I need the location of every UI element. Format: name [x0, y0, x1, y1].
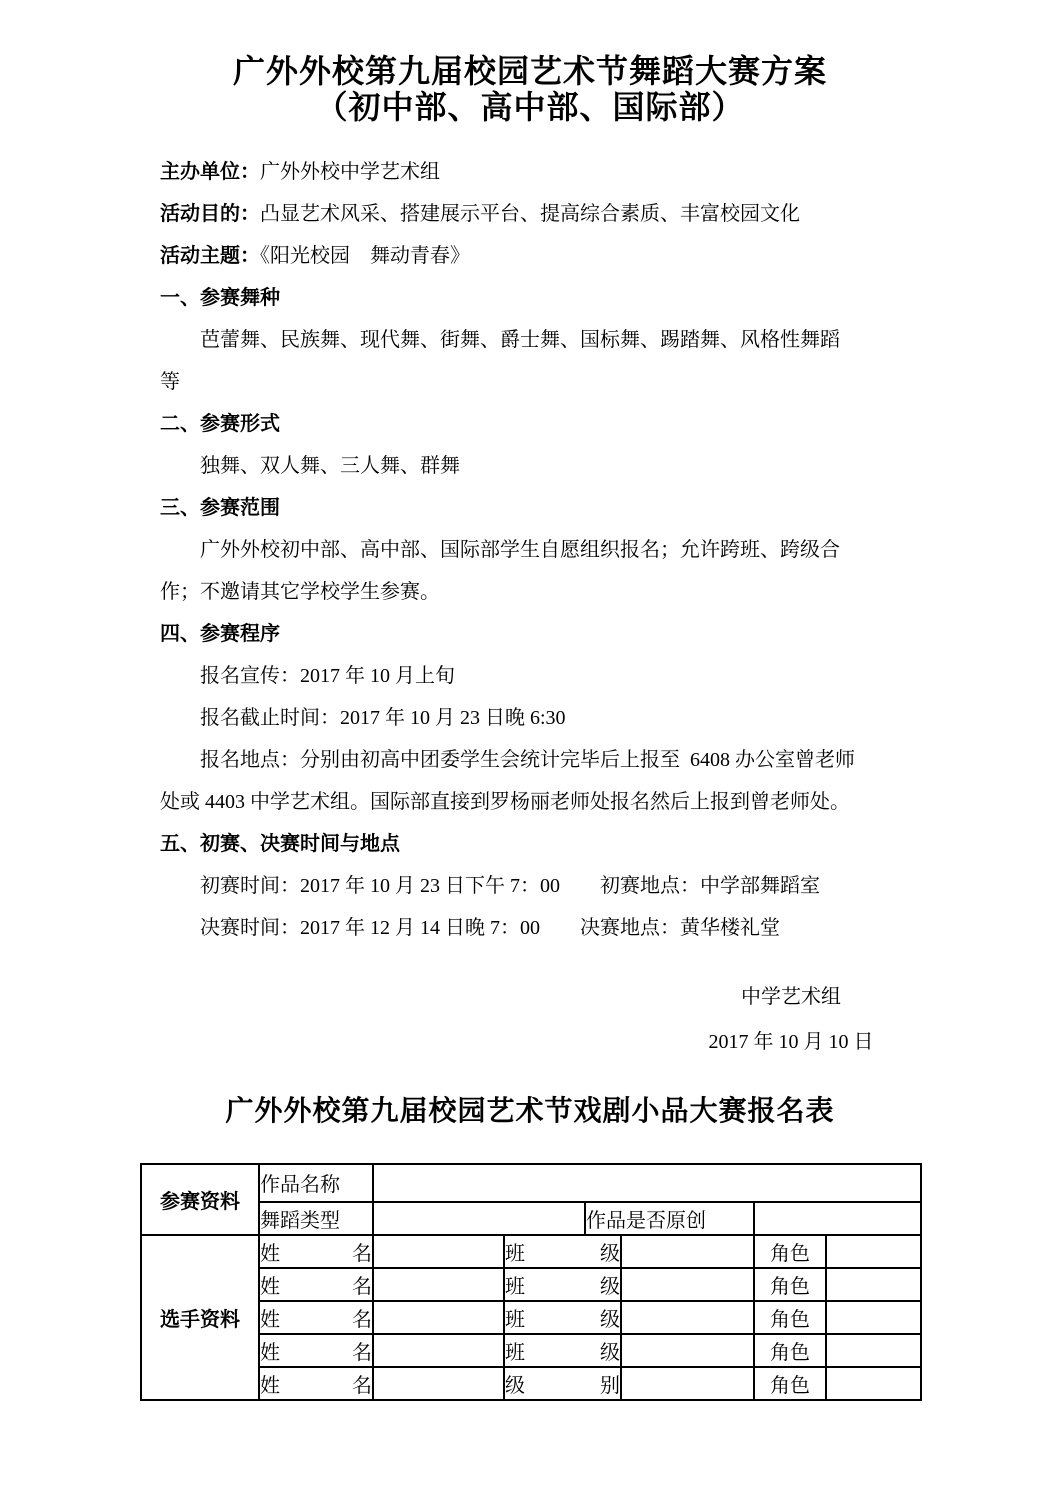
body-line: 芭蕾舞、民族舞、现代舞、街舞、爵士舞、国标舞、踢踏舞、风格性舞蹈: [160, 319, 900, 361]
player-class-input[interactable]: [621, 1301, 754, 1334]
line-text: 《阳光校园 舞动青春》: [260, 245, 470, 267]
table-section-entry-info: 参赛资料: [141, 1164, 259, 1235]
signature-block: 中学艺术组 2017 年 10 月 10 日: [651, 975, 931, 1065]
work-name-label: 作品名称: [259, 1164, 373, 1202]
body-line: 作；不邀请其它学校学生参赛。: [160, 571, 900, 613]
player-class-input[interactable]: [621, 1268, 754, 1301]
line-text: 报名地点：分别由初高中团委学生会统计完毕后上报至 6408 办公室曾老师: [200, 749, 855, 771]
player-class-label: 班 级: [504, 1334, 621, 1367]
line-text: 初赛时间：2017 年 10 月 23 日下午 7：00 初赛地点：中学部舞蹈室: [200, 875, 820, 897]
line-label: 活动主题：: [160, 245, 260, 267]
player-name-label: 姓 名: [259, 1301, 373, 1334]
player-name-label: 姓 名: [259, 1235, 373, 1268]
line-text: 处或 4403 中学艺术组。国际部直接到罗杨丽老师处报名然后上报到曾老师处。: [160, 791, 850, 813]
line-label: 主办单位：: [160, 161, 260, 183]
line-label: 二、参赛形式: [160, 413, 280, 435]
player-name-input[interactable]: [373, 1235, 504, 1268]
section-heading-4: 四、参赛程序: [160, 613, 900, 655]
player-role-input[interactable]: [826, 1268, 921, 1301]
section-heading-1: 一、参赛舞种: [160, 277, 900, 319]
doc-title-line1: 广外外校第九届校园艺术节舞蹈大赛方案: [160, 53, 900, 89]
player-class-input[interactable]: [621, 1334, 754, 1367]
body-line: 等: [160, 361, 900, 403]
line-text: 广外外校中学艺术组: [260, 161, 440, 183]
player-name-label: 姓 名: [259, 1334, 373, 1367]
player-row: 选手资料 姓 名 班 级 角色: [141, 1235, 921, 1268]
player-class-label: 班 级: [504, 1268, 621, 1301]
line-text: 等: [160, 371, 180, 393]
body-line: 广外外校初中部、高中部、国际部学生自愿组织报名；允许跨班、跨级合: [160, 529, 900, 571]
player-grade-label: 级 别: [504, 1367, 621, 1400]
document-page: 广外外校第九届校园艺术节舞蹈大赛方案 （初中部、高中部、国际部） 主办单位：广外…: [0, 0, 1058, 1497]
dance-type-label: 舞蹈类型: [259, 1202, 373, 1235]
original-work-label: 作品是否原创: [585, 1202, 754, 1235]
player-role-input[interactable]: [826, 1367, 921, 1400]
body-line: 报名截止时间：2017 年 10 月 23 日晚 6:30: [160, 697, 900, 739]
body-line: 报名地点：分别由初高中团委学生会统计完毕后上报至 6408 办公室曾老师: [160, 739, 900, 781]
body-line-organizer: 主办单位：广外外校中学艺术组: [160, 151, 900, 193]
section-heading-3: 三、参赛范围: [160, 487, 900, 529]
signature-date: 2017 年 10 月 10 日: [651, 1020, 931, 1065]
line-text: 广外外校初中部、高中部、国际部学生自愿组织报名；允许跨班、跨级合: [200, 539, 840, 561]
line-label: 四、参赛程序: [160, 623, 280, 645]
line-text: 作；不邀请其它学校学生参赛。: [160, 581, 440, 603]
body-line: 报名宣传：2017 年 10 月上旬: [160, 655, 900, 697]
line-text: 凸显艺术风采、搭建展示平台、提高综合素质、丰富校园文化: [260, 203, 800, 225]
body-line-purpose: 活动目的：凸显艺术风采、搭建展示平台、提高综合素质、丰富校园文化: [160, 193, 900, 235]
player-role-label: 角色: [754, 1301, 826, 1334]
line-label: 活动目的：: [160, 203, 260, 225]
player-name-label: 姓 名: [259, 1268, 373, 1301]
line-label: 一、参赛舞种: [160, 287, 280, 309]
player-name-input[interactable]: [373, 1367, 504, 1400]
player-role-input[interactable]: [826, 1301, 921, 1334]
player-name-input[interactable]: [373, 1334, 504, 1367]
line-text: 报名宣传：2017 年 10 月上旬: [200, 665, 455, 687]
dance-type-input[interactable]: [373, 1202, 585, 1235]
section-heading-5: 五、初赛、决赛时间与地点: [160, 823, 900, 865]
work-name-input[interactable]: [373, 1164, 921, 1202]
original-work-input[interactable]: [754, 1202, 921, 1235]
line-text: 独舞、双人舞、三人舞、群舞: [200, 455, 460, 477]
body-line: 决赛时间：2017 年 12 月 14 日晚 7：00 决赛地点：黄华楼礼堂: [160, 907, 900, 949]
line-label: 三、参赛范围: [160, 497, 280, 519]
player-class-input[interactable]: [621, 1235, 754, 1268]
player-role-label: 角色: [754, 1235, 826, 1268]
section-heading-2: 二、参赛形式: [160, 403, 900, 445]
line-label: 五、初赛、决赛时间与地点: [160, 833, 400, 855]
player-name-input[interactable]: [373, 1268, 504, 1301]
body-line: 独舞、双人舞、三人舞、群舞: [160, 445, 900, 487]
doc-title-line2: （初中部、高中部、国际部）: [160, 89, 900, 125]
player-role-label: 角色: [754, 1268, 826, 1301]
player-role-label: 角色: [754, 1334, 826, 1367]
table-section-players: 选手资料: [141, 1235, 259, 1400]
player-class-label: 班 级: [504, 1301, 621, 1334]
player-name-label: 姓 名: [259, 1367, 373, 1400]
body-line: 处或 4403 中学艺术组。国际部直接到罗杨丽老师处报名然后上报到曾老师处。: [160, 781, 900, 823]
player-class-label: 班 级: [504, 1235, 621, 1268]
line-text: 决赛时间：2017 年 12 月 14 日晚 7：00 决赛地点：黄华楼礼堂: [200, 917, 780, 939]
body-line: 初赛时间：2017 年 10 月 23 日下午 7：00 初赛地点：中学部舞蹈室: [160, 865, 900, 907]
player-role-input[interactable]: [826, 1235, 921, 1268]
signature-org: 中学艺术组: [651, 975, 931, 1020]
line-text: 芭蕾舞、民族舞、现代舞、街舞、爵士舞、国标舞、踢踏舞、风格性舞蹈: [200, 329, 840, 351]
player-role-label: 角色: [754, 1367, 826, 1400]
document-body: 主办单位：广外外校中学艺术组 活动目的：凸显艺术风采、搭建展示平台、提高综合素质…: [160, 151, 900, 949]
player-grade-input[interactable]: [621, 1367, 754, 1400]
body-line-theme: 活动主题：《阳光校园 舞动青春》: [160, 235, 900, 277]
player-role-input[interactable]: [826, 1334, 921, 1367]
form-title: 广外外校第九届校园艺术节戏剧小品大赛报名表: [140, 1095, 920, 1129]
registration-table: 参赛资料 作品名称 舞蹈类型 作品是否原创 选手资料 姓 名 班 级 角色 姓: [140, 1163, 922, 1401]
doc-title: 广外外校第九届校园艺术节舞蹈大赛方案 （初中部、高中部、国际部）: [160, 53, 900, 125]
line-text: 报名截止时间：2017 年 10 月 23 日晚 6:30: [200, 707, 566, 729]
player-name-input[interactable]: [373, 1301, 504, 1334]
